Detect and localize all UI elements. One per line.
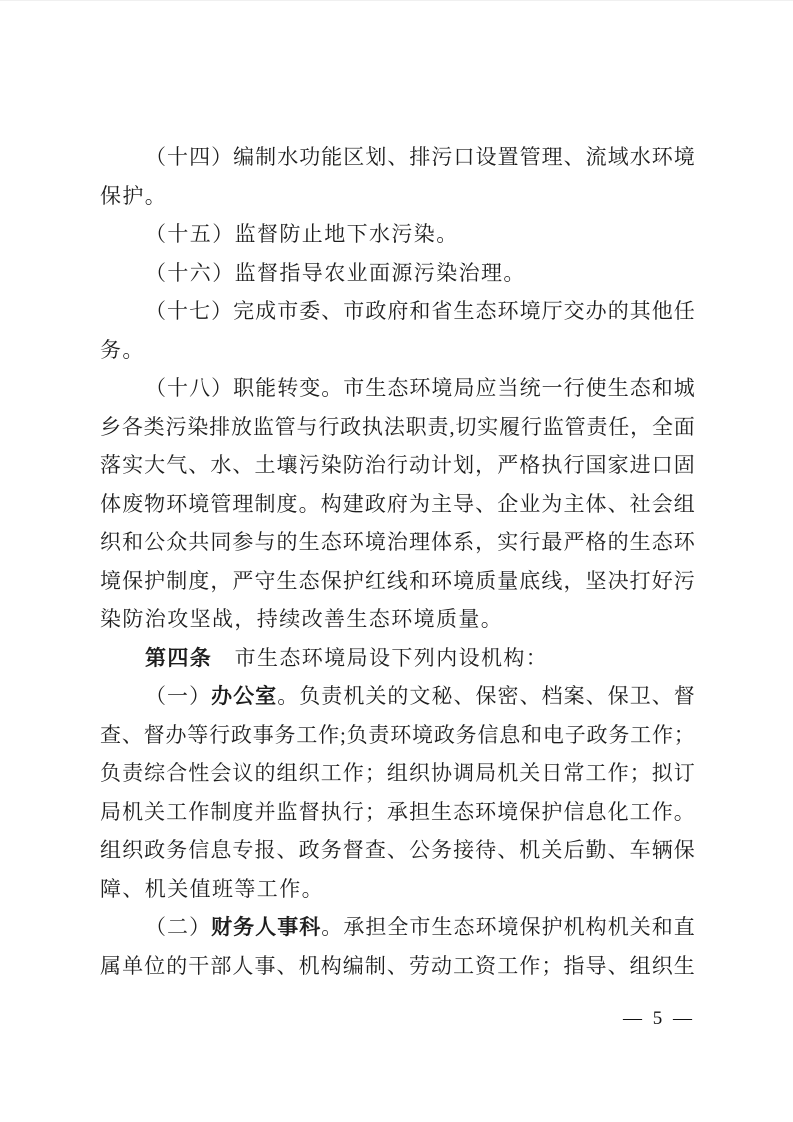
document-body: （十四）编制水功能区划、排污口设置管理、流域水环境 保护。 （十五）监督防止地下… <box>100 138 695 985</box>
section-title: 财务人事科 <box>211 916 321 939</box>
section-heading-line: （一）办公室。负责机关的文秘、保密、档案、保卫、督 <box>100 677 695 716</box>
section-number: （二） <box>145 915 211 939</box>
article-text: 市生态环境局设下列内设机构： <box>212 646 548 670</box>
text-line: （十八）职能转变。市生态环境局应当统一行使生态和城 <box>100 369 695 408</box>
text-line: 体废物环境管理制度。构建政府为主导、企业为主体、社会组 <box>100 485 695 524</box>
page-number: — 5 — <box>623 1005 695 1033</box>
text-line: 务。 <box>100 331 695 370</box>
article-number: 第四条 <box>145 647 212 670</box>
text-line: 查、督办等行政事务工作;负责环境政务信息和电子政务工作； <box>100 716 695 755</box>
text-line: （十七）完成市委、市政府和省生态环境厅交办的其他任 <box>100 292 695 331</box>
text-line: （十四）编制水功能区划、排污口设置管理、流域水环境 <box>100 138 695 177</box>
text-line: 落实大气、水、土壤污染防治行动计划，严格执行国家进口固 <box>100 446 695 485</box>
text-line: 境保护制度，严守生态保护红线和环境质量底线，坚决打好污 <box>100 562 695 601</box>
text-line: 负责综合性会议的组织工作；组织协调局机关日常工作；拟订 <box>100 754 695 793</box>
text-line: 局机关工作制度并监督执行；承担生态环境保护信息化工作。 <box>100 793 695 832</box>
article-heading-line: 第四条 市生态环境局设下列内设机构： <box>100 639 695 678</box>
section-text: 。承担全市生态环境保护机构机关和直 <box>321 915 695 939</box>
text-line: 织和公众共同参与的生态环境治理体系，实行最严格的生态环 <box>100 523 695 562</box>
text-line: 障、机关值班等工作。 <box>100 870 695 909</box>
document-page: （十四）编制水功能区划、排污口设置管理、流域水环境 保护。 （十五）监督防止地下… <box>0 0 793 1122</box>
text-line: （十六）监督指导农业面源污染治理。 <box>100 254 695 293</box>
text-line: （十五）监督防止地下水污染。 <box>100 215 695 254</box>
section-title: 办公室 <box>211 685 277 708</box>
section-number: （一） <box>145 684 211 708</box>
text-line: 组织政务信息专报、政务督查、公务接待、机关后勤、车辆保 <box>100 831 695 870</box>
text-line: 乡各类污染排放监管与行政执法职责,切实履行监管责任，全面 <box>100 408 695 447</box>
text-line: 属单位的干部人事、机构编制、劳动工资工作；指导、组织生 <box>100 947 695 986</box>
text-line: 保护。 <box>100 177 695 216</box>
section-text: 。负责机关的文秘、保密、档案、保卫、督 <box>277 684 695 708</box>
section-heading-line: （二）财务人事科。承担全市生态环境保护机构机关和直 <box>100 908 695 947</box>
text-line: 染防治攻坚战，持续改善生态环境质量。 <box>100 600 695 639</box>
